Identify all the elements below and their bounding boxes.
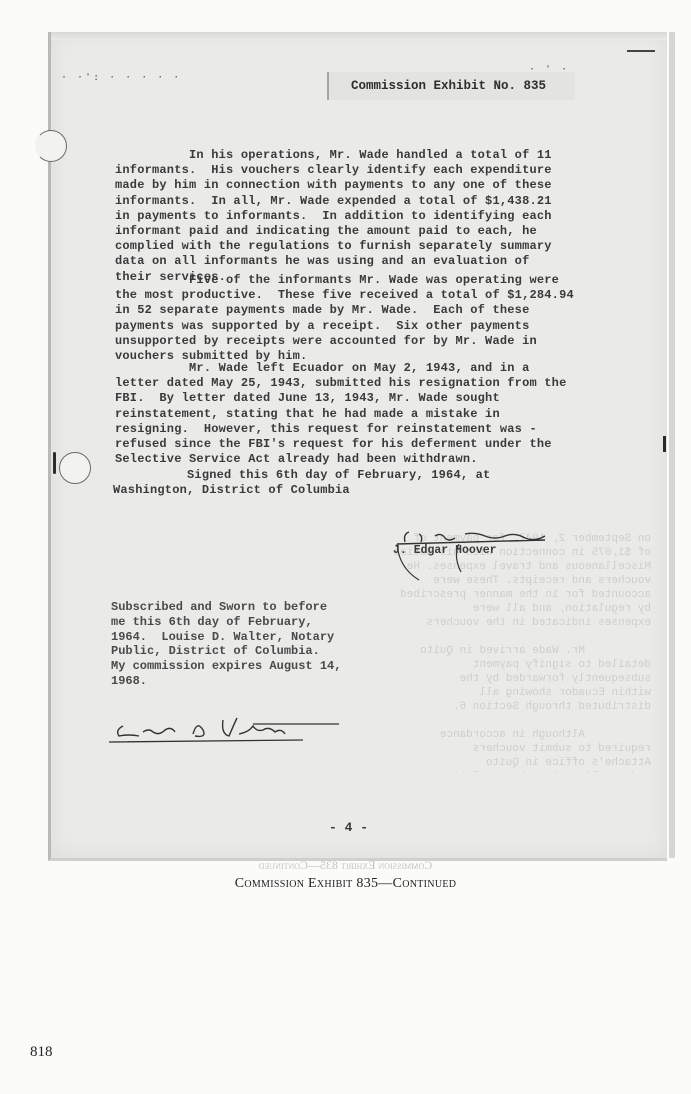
scan-top-edge	[51, 32, 667, 40]
notary-block: Subscribed and Sworn to before me this 6…	[111, 600, 341, 689]
exhibit-caption: Commission Exhibit 835—Continued	[0, 876, 691, 892]
ink-mark	[627, 50, 655, 52]
signature-hoover	[395, 528, 565, 588]
exhibit-label-box: Commission Exhibit No. 835	[327, 72, 575, 100]
signatory-name: J. Edgar Hoover	[393, 544, 497, 557]
paragraph-signed: Signed this 6th day of February, 1964, a…	[113, 468, 490, 498]
book-page-number: 818	[30, 1044, 53, 1061]
binder-mark	[53, 452, 56, 474]
typed-page-number: - 4 -	[329, 820, 368, 835]
exhibit-label: Commission Exhibit No. 835	[351, 79, 546, 93]
ink-mark	[663, 436, 666, 452]
punch-hole-icon	[59, 452, 91, 484]
paragraph-informants: In his operations, Mr. Wade handled a to…	[115, 148, 552, 285]
signature-walter	[103, 712, 343, 748]
scan-right-edge	[669, 32, 675, 858]
scanned-document-page: · ·': · · · · · · ' · Commission Exhibit…	[48, 32, 667, 861]
paragraph-payments: Five of the informants Mr. Wade was oper…	[115, 273, 574, 364]
speckle-marks: · ·': · · · · ·	[61, 72, 181, 83]
mirror-caption-bleed: Commission Exhibit 835—Continued	[0, 858, 691, 873]
paragraph-resignation: Mr. Wade left Ecuador on May 2, 1943, an…	[115, 361, 566, 467]
punch-hole-icon	[35, 130, 67, 162]
